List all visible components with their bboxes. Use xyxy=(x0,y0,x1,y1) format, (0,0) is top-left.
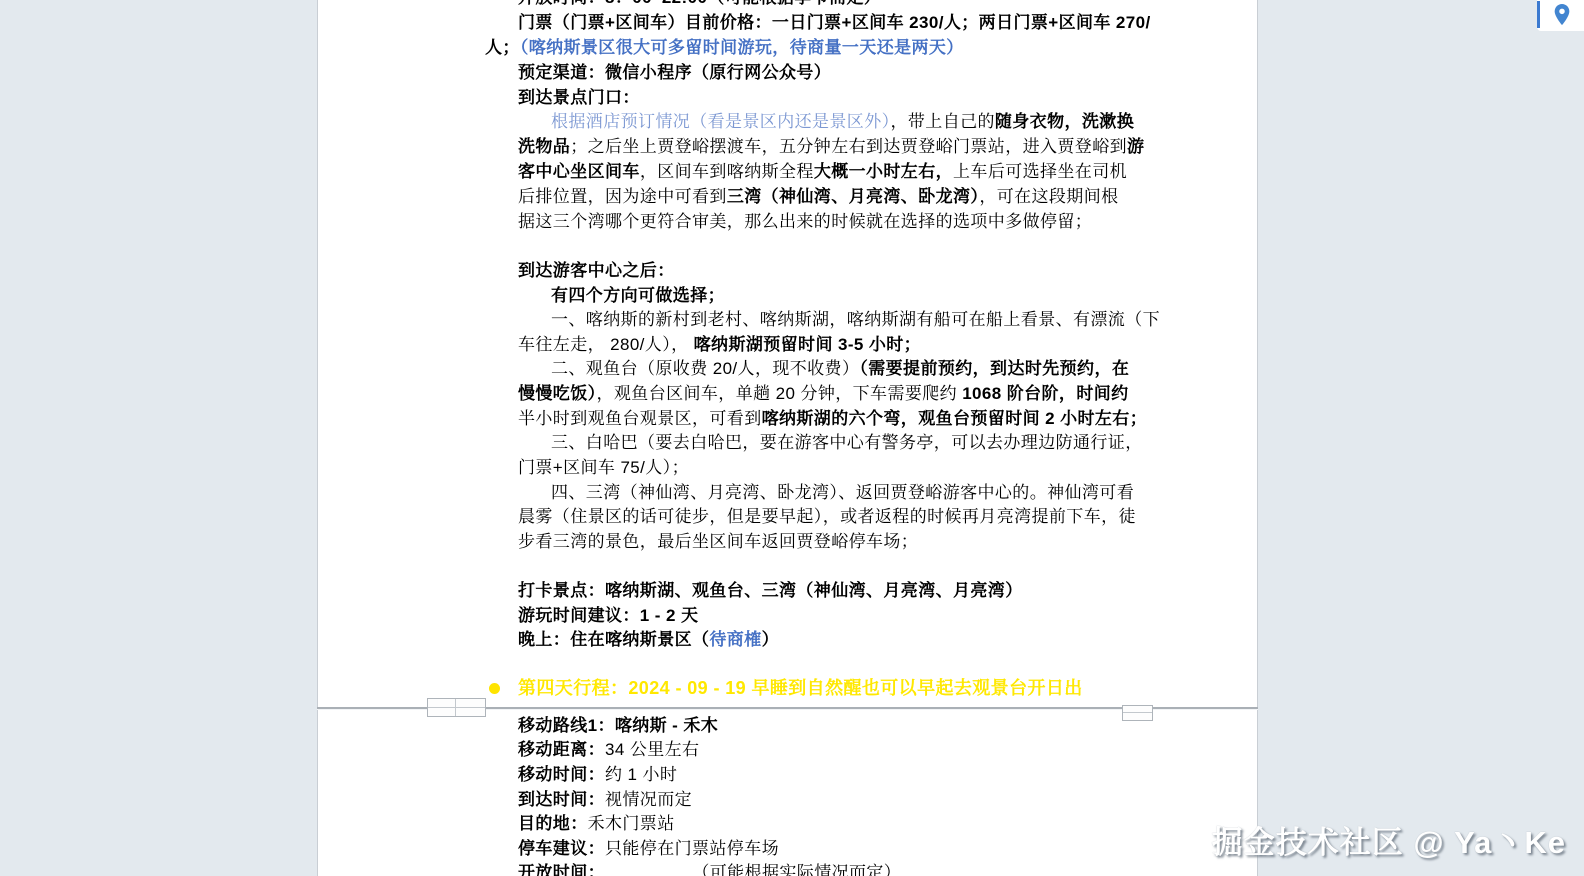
text-segment: 移动路线1：喀纳斯 - 禾木 xyxy=(518,716,718,735)
text-segment: 根据酒店预订情况（看是景区内还是景区外） xyxy=(551,112,891,131)
doc-line: 第四天行程：2024 - 09 - 19 早睡到自然醒也可以早起去观景台开日出 xyxy=(518,678,1083,699)
bullet-icon xyxy=(489,683,500,694)
doc-line: 三、白哈巴（要去白哈巴，要在游客中心有警务亭，可以去办理边防通行证， xyxy=(551,433,1143,453)
location-button[interactable] xyxy=(1537,0,1584,31)
text-segment: 目的地： xyxy=(518,814,588,833)
text-segment: 待商榷 xyxy=(709,630,761,649)
doc-line: 晚上：住在喀纳斯景区（待商榷） xyxy=(518,630,779,650)
doc-line: 到达时间：视情况而定 xyxy=(518,790,692,810)
text-segment: 人； xyxy=(485,38,520,57)
text-segment: 移动距离： xyxy=(518,740,605,759)
text-segment: 停车建议： xyxy=(518,839,605,858)
text-segment: 洗物品 xyxy=(518,137,570,156)
text-segment: 34 公里左右 xyxy=(605,740,699,759)
text-segment: 步看三湾的景色，最后坐区间车返回贾登峪停车场； xyxy=(518,532,918,551)
text-segment: 晨雾（住景区的话可徒步，但是要早起），或者返程的时候再月亮湾提前下车，徒 xyxy=(518,507,1136,526)
text-segment: 游 xyxy=(1127,137,1144,156)
text-segment: 移动时间： xyxy=(518,765,605,784)
text-segment: 后排位置，因为途中可看到 xyxy=(518,187,727,206)
doc-line: 晨雾（住景区的话可徒步，但是要早起），或者返程的时候再月亮湾提前下车，徒 xyxy=(518,507,1136,527)
text-segment: 一、喀纳斯的新村到老村、喀纳斯湖，喀纳斯湖有船可在船上看景、有漂流（下 xyxy=(551,310,1160,329)
text-segment: ；之后坐上贾登峪摆渡车，五分钟左右到达贾登峪门票站，进入贾登峪到 xyxy=(570,137,1127,156)
text-segment: 上车后可选择坐在司机 xyxy=(953,162,1127,181)
text-segment: （喀纳斯景区很大可多留时间游玩，待商量一天还是两天） xyxy=(520,38,964,57)
text-segment: 三湾（神仙湾、月亮湾、卧龙湾） xyxy=(727,187,980,206)
text-segment: 三、白哈巴（要去白哈巴，要在游客中心有警务亭，可以去办理边防通行证， xyxy=(551,433,1143,452)
doc-line: 人；（喀纳斯景区很大可多留时间游玩，待商量一天还是两天） xyxy=(485,38,964,58)
doc-line: 门票+区间车 75/人）； xyxy=(518,458,689,478)
doc-line: 步看三湾的景色，最后坐区间车返回贾登峪停车场； xyxy=(518,532,918,552)
doc-line: 慢慢吃饭），观鱼台区间车，单趟 20 分钟，下车需要爬约 1068 阶台阶，时间… xyxy=(518,384,1129,404)
text-segment: ，区间车到喀纳斯全程 xyxy=(640,162,814,181)
text-segment: 到达游客中心之后： xyxy=(518,261,675,280)
document-text-layer: 开放时间：8：00–22:00（可能根据季节而定）门票（门票+区间车）目前价格：… xyxy=(0,0,1584,876)
location-pin-icon xyxy=(1551,3,1573,27)
doc-line: 二、观鱼台（原收费 20/人，现不收费）（需要提前预约，到达时先预约，在 xyxy=(551,359,1129,379)
text-segment: 打卡景点：喀纳斯湖、观鱼台、三湾（神仙湾、月亮湾、月亮湾） xyxy=(518,581,1023,600)
doc-line: 半小时到观鱼台观景区，可看到喀纳斯湖的六个弯，观鱼台预留时间 2 小时左右； xyxy=(518,409,1147,429)
text-segment: ，可在这段期间根 xyxy=(979,187,1118,206)
text-segment: 半小时到观鱼台观景区，可看到 xyxy=(518,409,762,428)
doc-line: 门票（门票+区间车）目前价格：一日门票+区间车 230/人；两日门票+区间车 2… xyxy=(518,13,1151,33)
doc-line: 开放时间：8：00–22:00（可能根据季节而定） xyxy=(518,0,881,8)
text-segment: 四、三湾（神仙湾、月亮湾、卧龙湾）、返回贾登峪游客中心的。神仙湾可看 xyxy=(551,483,1134,502)
text-segment: 游玩时间建议：1 - 2 天 xyxy=(518,606,698,625)
text-segment: 喀纳斯湖预留时间 3-5 小时； xyxy=(694,335,921,354)
text-segment: 到达景点门口： xyxy=(518,88,640,107)
doc-line: 据这三个湾哪个更符合审美，那么出来的时候就在选择的选项中多做停留； xyxy=(518,212,1092,232)
text-segment: 据这三个湾哪个更符合审美，那么出来的时候就在选择的选项中多做停留； xyxy=(518,212,1092,231)
text-segment: 1068 阶台阶，时间约 xyxy=(962,384,1128,403)
screenshot-root: { "app": { "watermark": { "text": "掘金技术社… xyxy=(0,0,1584,876)
doc-line: 游玩时间建议：1 - 2 天 xyxy=(518,606,698,626)
text-segment: 门票+区间车 75/人）； xyxy=(518,458,689,477)
text-segment: 晚上：住在喀纳斯景区（ xyxy=(518,630,709,649)
text-segment: 随身衣物，洗漱换 xyxy=(995,112,1134,131)
doc-line: 预定渠道：微信小程序（原行网公众号） xyxy=(518,63,831,83)
text-segment: 约 1 小时 xyxy=(605,765,677,784)
doc-line: 开放时间： （可能根据实际情况而定） xyxy=(518,863,901,876)
text-segment: 第四天行程：2024 - 09 - 19 早睡到自然醒也可以早起去观景台开日出 xyxy=(518,678,1083,698)
text-segment: 客中心坐区间车 xyxy=(518,162,640,181)
doc-line: 客中心坐区间车，区间车到喀纳斯全程大概一小时左右，上车后可选择坐在司机 xyxy=(518,162,1127,182)
text-segment: 开放时间： xyxy=(518,863,597,876)
text-segment: 禾木门票站 xyxy=(588,814,675,833)
doc-line: 到达游客中心之后： xyxy=(518,261,675,281)
doc-line: 目的地：禾木门票站 xyxy=(518,814,675,834)
text-segment: （需要提前预约，到达时先预约，在 xyxy=(859,359,1129,378)
text-segment: 车往左走， 280/人）， xyxy=(518,335,694,354)
doc-line: 洗物品；之后坐上贾登峪摆渡车，五分钟左右到达贾登峪门票站，进入贾登峪到游 xyxy=(518,137,1144,157)
doc-line: 根据酒店预订情况（看是景区内还是景区外），带上自己的随身衣物，洗漱换 xyxy=(551,112,1134,132)
doc-line: 移动路线1：喀纳斯 - 禾木 xyxy=(518,716,718,736)
text-segment: ，观鱼台区间车，单趟 20 分钟，下车需要爬约 xyxy=(597,384,963,403)
doc-line: 车往左走， 280/人）， 喀纳斯湖预留时间 3-5 小时； xyxy=(518,335,921,355)
text-segment: 门票（门票+区间车）目前价格：一日门票+区间车 230/人；两日门票+区间车 2… xyxy=(518,13,1151,32)
doc-line: 移动时间：约 1 小时 xyxy=(518,765,677,785)
doc-line: 一、喀纳斯的新村到老村、喀纳斯湖，喀纳斯湖有船可在船上看景、有漂流（下 xyxy=(551,310,1160,330)
text-segment: 慢慢吃饭） xyxy=(518,384,597,403)
text-segment: 预定渠道：微信小程序（原行网公众号） xyxy=(518,63,831,82)
doc-line: 移动距离：34 公里左右 xyxy=(518,740,699,760)
text-segment: 有四个方向可做选择； xyxy=(551,286,725,305)
watermark: 掘金技术社区 @ Ya丶Ke xyxy=(1212,817,1566,862)
location-button-accent-bar xyxy=(1537,1,1540,28)
text-segment: 大概一小时左右， xyxy=(814,162,953,181)
doc-line: 四、三湾（神仙湾、月亮湾、卧龙湾）、返回贾登峪游客中心的。神仙湾可看 xyxy=(551,483,1134,503)
text-segment: 开放时间：8：00–22:00（可能根据季节而定） xyxy=(518,0,881,7)
text-segment: 喀纳斯湖的六个弯，观鱼台预留时间 2 小时左右； xyxy=(762,409,1148,428)
doc-line: 有四个方向可做选择； xyxy=(551,286,725,306)
doc-line: 后排位置，因为途中可看到三湾（神仙湾、月亮湾、卧龙湾），可在这段期间根 xyxy=(518,187,1119,207)
text-segment: 只能停在门票站停车场 xyxy=(605,839,779,858)
text-segment: ） xyxy=(762,630,779,649)
text-segment: 二、观鱼台（原收费 20/人，现不收费） xyxy=(551,359,859,378)
text-segment: （可能根据实际情况而定） xyxy=(597,863,902,876)
doc-line: 到达景点门口： xyxy=(518,88,640,108)
text-segment: ，带上自己的 xyxy=(891,112,995,131)
doc-line: 停车建议：只能停在门票站停车场 xyxy=(518,839,779,859)
text-segment: 到达时间： xyxy=(518,790,605,809)
doc-line: 打卡景点：喀纳斯湖、观鱼台、三湾（神仙湾、月亮湾、月亮湾） xyxy=(518,581,1023,601)
text-segment: 视情况而定 xyxy=(605,790,692,809)
